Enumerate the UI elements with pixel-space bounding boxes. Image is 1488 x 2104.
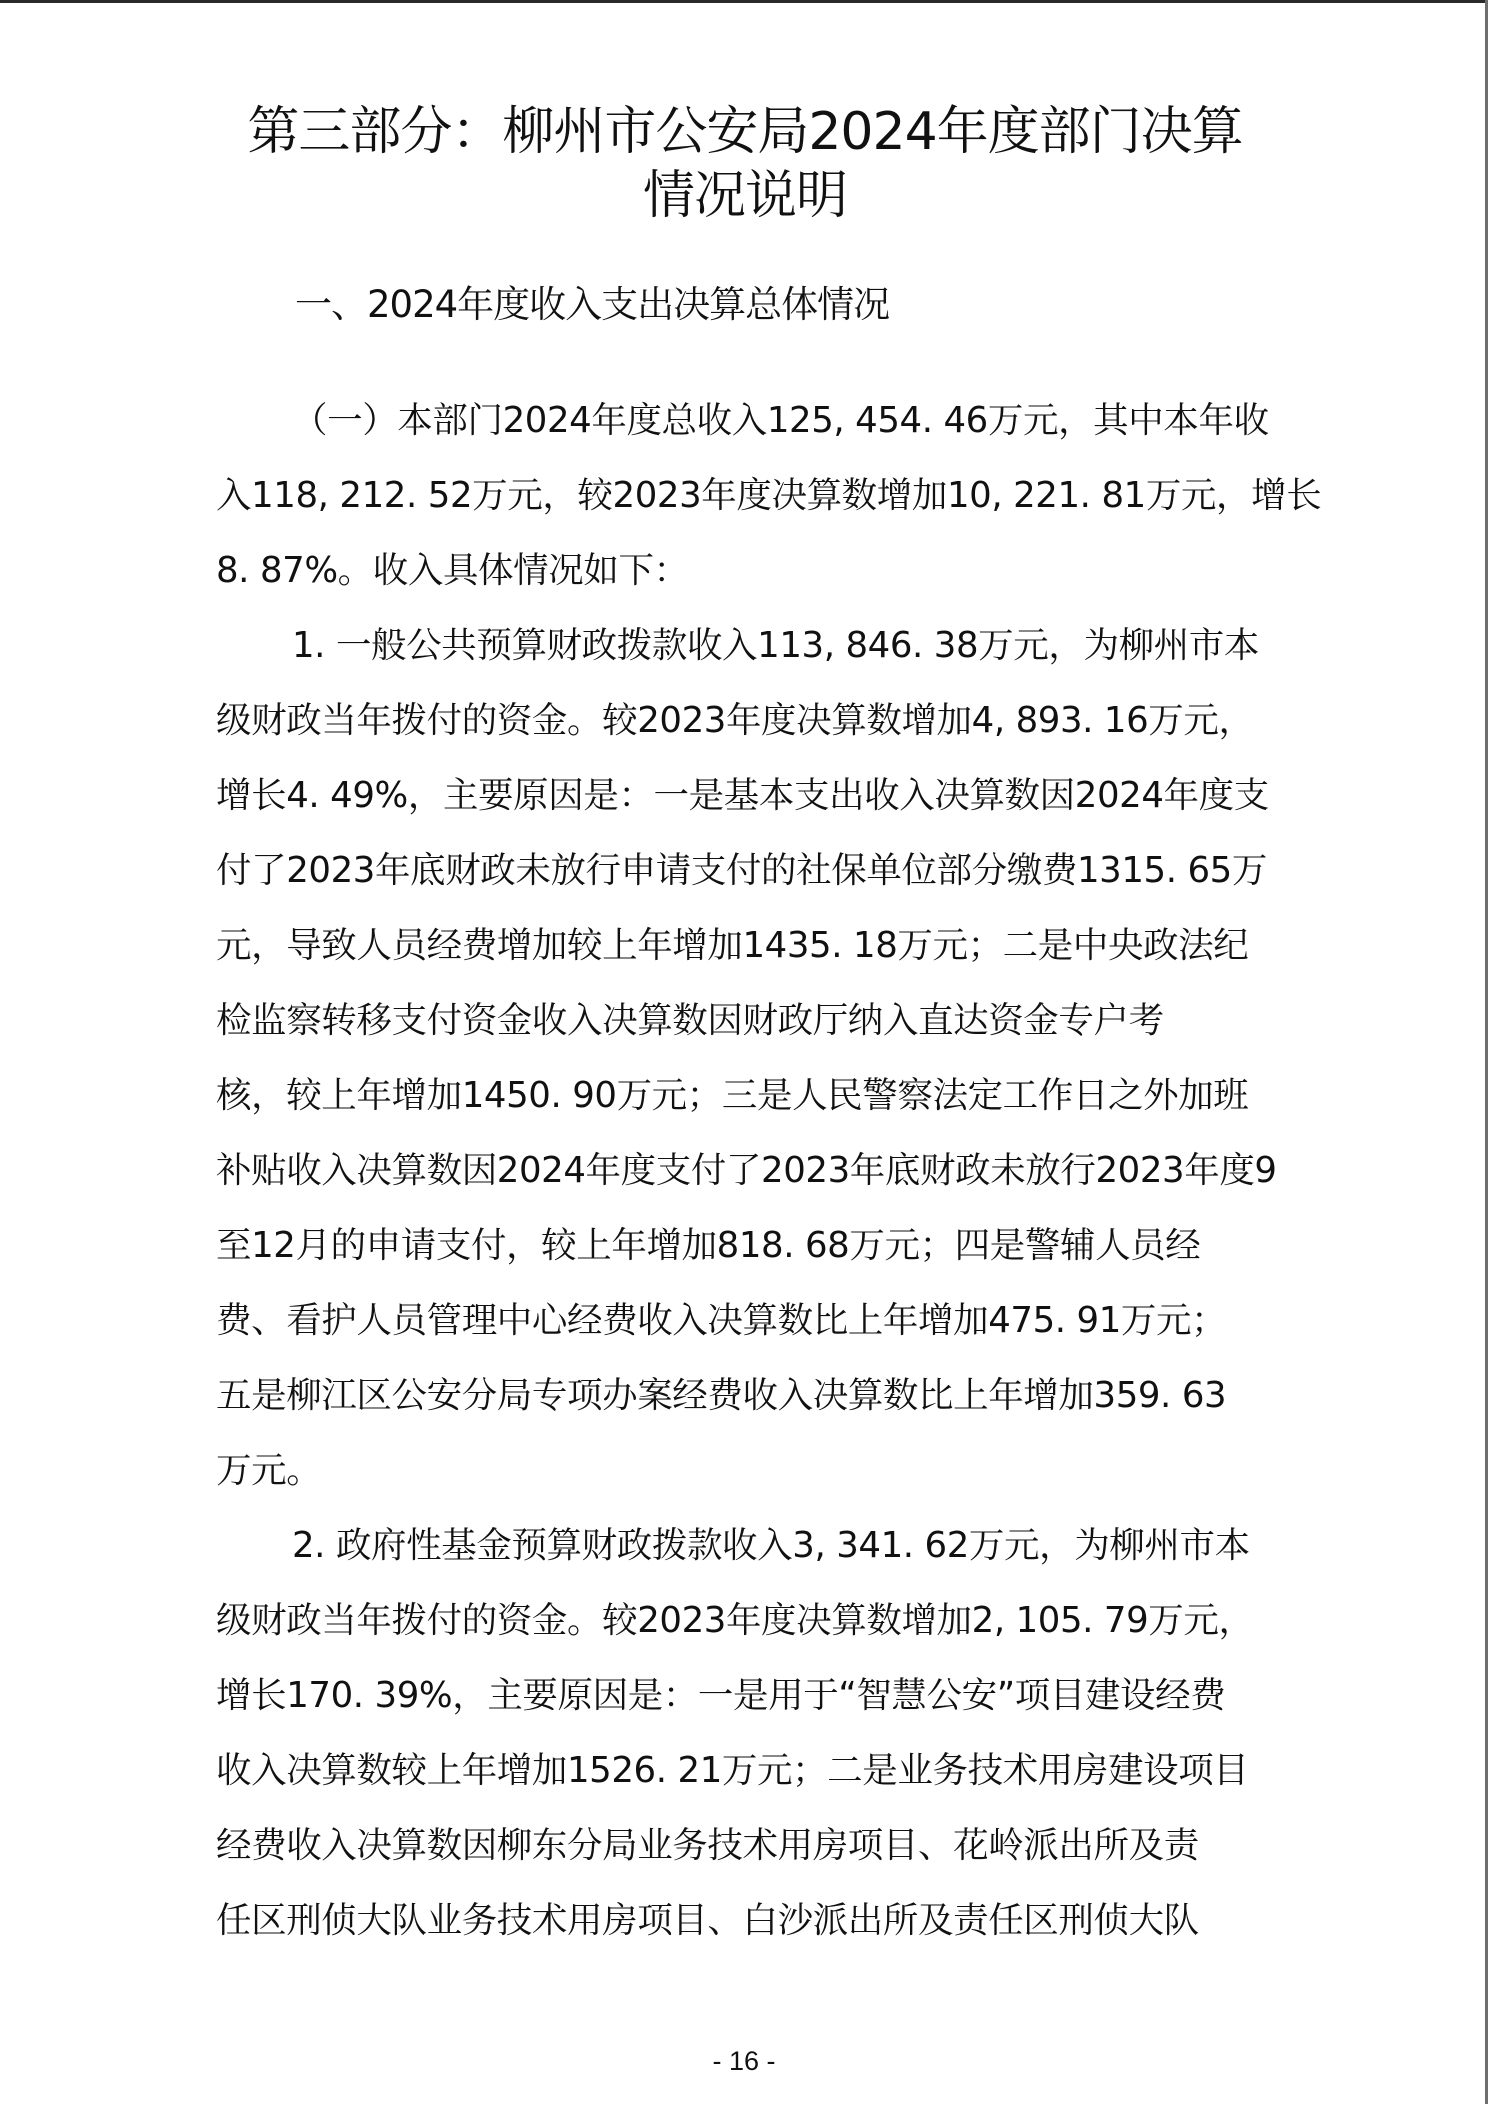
paragraph-line: 补贴收入决算数因2024年度支付了2023年底财政未放行2023年度9 bbox=[216, 1133, 1288, 1208]
paragraph-government-fund-budget: 2. 政府性基金预算财政拨款收入3, 341. 62万元，为柳州市本 级财政当年… bbox=[216, 1508, 1288, 1958]
paragraph-line: 8. 87%。收入具体情况如下： bbox=[216, 533, 1288, 608]
paragraph-line: 任区刑侦大队业务技术用房项目、白沙派出所及责任区刑侦大队 bbox=[216, 1883, 1288, 1958]
paragraph-line: 检监察转移支付资金收入决算数因财政厅纳入直达资金专户考 bbox=[216, 983, 1288, 1058]
page-title-line-2: 情况说明 bbox=[150, 164, 1340, 228]
paragraph-line: 五是柳江区公安分局专项办案经费收入决算数比上年增加359. 63 bbox=[216, 1358, 1288, 1433]
paragraph-line: 经费收入决算数因柳东分局业务技术用房项目、花岭派出所及责 bbox=[216, 1808, 1288, 1883]
page-top-border bbox=[0, 0, 1488, 3]
paragraph-line: 级财政当年拨付的资金。较2023年度决算数增加2, 105. 79万元， bbox=[216, 1583, 1288, 1658]
section-heading: 一、2024年度收入支出决算总体情况 bbox=[295, 280, 889, 330]
paragraph-line: 费、看护人员管理中心经费收入决算数比上年增加475. 91万元； bbox=[216, 1283, 1288, 1358]
paragraph-line: 级财政当年拨付的资金。较2023年度决算数增加4, 893. 16万元， bbox=[216, 683, 1288, 758]
paragraph-line: （一）本部门2024年度总收入125, 454. 46万元，其中本年收 bbox=[216, 383, 1288, 458]
paragraph-line: 增长170. 39%，主要原因是：一是用于“智慧公安”项目建设经费 bbox=[216, 1658, 1288, 1733]
paragraph-line: 元，导致人员经费增加较上年增加1435. 18万元；二是中央政法纪 bbox=[216, 908, 1288, 983]
paragraph-line: 核，较上年增加1450. 90万元；三是人民警察法定工作日之外加班 bbox=[216, 1058, 1288, 1133]
paragraph-line: 增长4. 49%，主要原因是：一是基本支出收入决算数因2024年度支 bbox=[216, 758, 1288, 833]
page-title-line-1: 第三部分：柳州市公安局2024年度部门决算 bbox=[150, 100, 1340, 164]
page-title: 第三部分：柳州市公安局2024年度部门决算 情况说明 bbox=[150, 100, 1340, 228]
paragraph-line: 入118, 212. 52万元，较2023年度决算数增加10, 221. 81万… bbox=[216, 458, 1288, 533]
paragraph-line: 付了2023年底财政未放行申请支付的社保单位部分缴费1315. 65万 bbox=[216, 833, 1288, 908]
paragraph-line: 收入决算数较上年增加1526. 21万元；二是业务技术用房建设项目 bbox=[216, 1733, 1288, 1808]
paragraph-line: 万元。 bbox=[216, 1433, 1288, 1508]
paragraph-line: 至12月的申请支付，较上年增加818. 68万元；四是警辅人员经 bbox=[216, 1208, 1288, 1283]
paragraph-line: 1. 一般公共预算财政拨款收入113, 846. 38万元，为柳州市本 bbox=[216, 608, 1288, 683]
page-number: - 16 - bbox=[0, 2044, 1488, 2078]
paragraph-line: 2. 政府性基金预算财政拨款收入3, 341. 62万元，为柳州市本 bbox=[216, 1508, 1288, 1583]
paragraph-general-public-budget: 1. 一般公共预算财政拨款收入113, 846. 38万元，为柳州市本 级财政当… bbox=[216, 608, 1288, 1508]
paragraph-overview: （一）本部门2024年度总收入125, 454. 46万元，其中本年收 入118… bbox=[216, 383, 1288, 608]
